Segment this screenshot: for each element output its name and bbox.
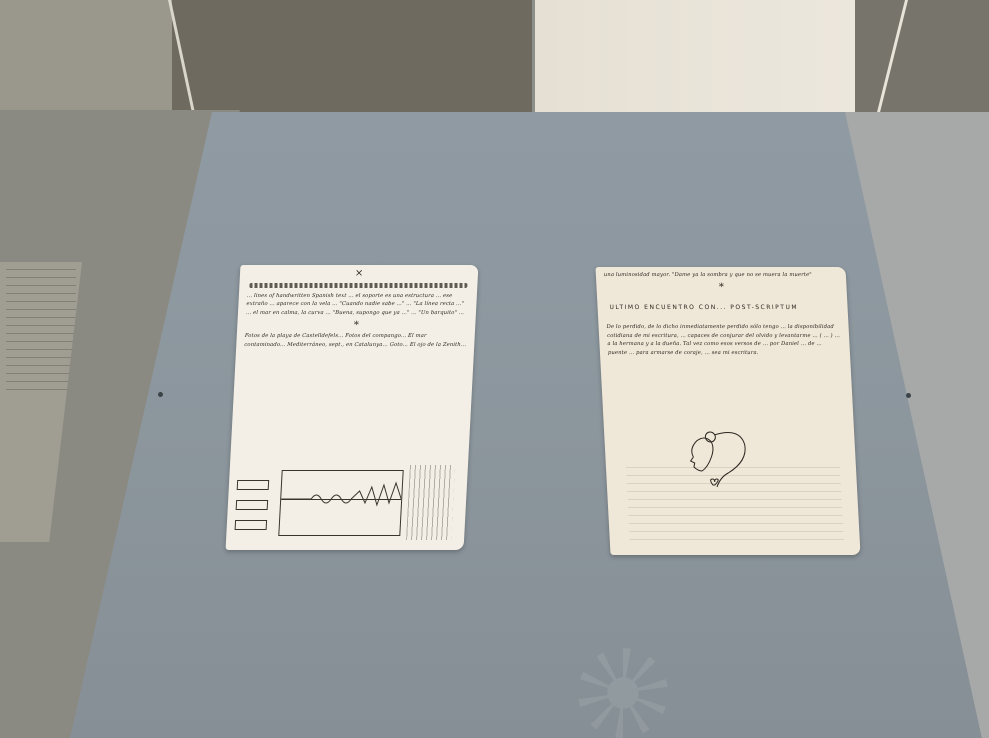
star-mark: * xyxy=(596,282,847,294)
crossed-out-heading xyxy=(249,283,467,288)
section-title: ULTIMO ENCUENTRO CON... POST-SCRIPTUM xyxy=(597,304,847,311)
sketch-legend-wavy xyxy=(236,500,269,510)
mounting-pin-right xyxy=(906,393,911,398)
back-wall-dark-panel xyxy=(172,0,532,118)
wave-sketch xyxy=(278,470,403,536)
cross-mark: × xyxy=(240,268,479,280)
sketch-legend-flat xyxy=(237,480,270,490)
sun-logo-watermark xyxy=(578,648,668,738)
museum-vitrine-scene: × ... lines of handwritten Spanish text … xyxy=(0,0,989,738)
handwritten-paragraph-2: Fotos de la playa de Castelldefels... Fo… xyxy=(236,332,475,349)
mounting-pin-left xyxy=(158,392,163,397)
notebook-page-left: × ... lines of handwritten Spanish text … xyxy=(226,265,479,550)
woman-profile-drawing-icon xyxy=(670,427,754,497)
back-wall-light-panel xyxy=(535,0,855,118)
handwritten-paragraph-1: ... lines of handwritten Spanish text ..… xyxy=(238,292,477,317)
handwritten-top-line: una luminosidad mayor. "Dame ya la sombr… xyxy=(595,267,846,279)
notebook-page-right: una luminosidad mayor. "Dame ya la sombr… xyxy=(595,267,860,555)
asterisk-mark: * xyxy=(237,320,476,332)
vertical-handwritten-notes xyxy=(406,465,455,540)
sketch-legend-zigzag xyxy=(235,520,268,530)
handwritten-paragraph: De lo perdido, de lo dicho inmediatament… xyxy=(598,323,850,357)
back-wall-right xyxy=(855,0,989,118)
wave-line-icon xyxy=(280,479,402,519)
